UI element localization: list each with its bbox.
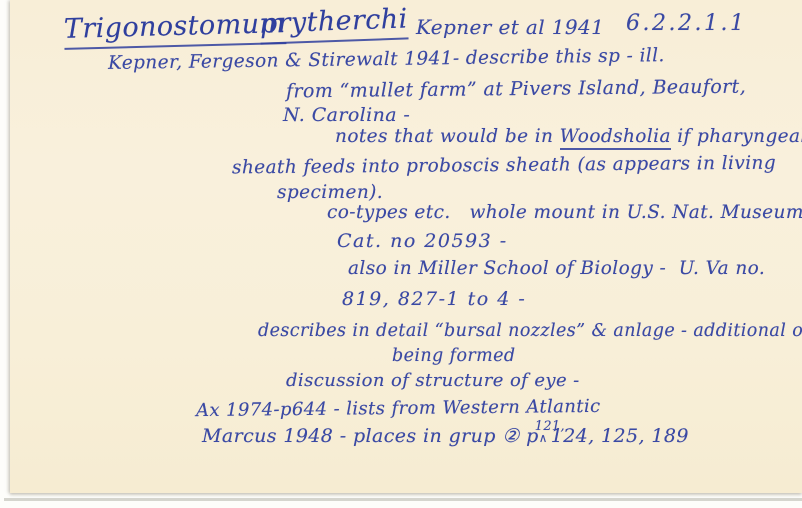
- citation-line: Kepner, Fergeson & Stirewalt 1941- descr…: [108, 46, 665, 74]
- index-card: Trigonostomum prytherchi Kepner et al 19…: [10, 0, 802, 493]
- author-citation: Kepner et al 1941: [416, 16, 604, 38]
- catalog-number-line: Cat. no 20593 -: [337, 231, 508, 252]
- specimen-numbers-line: 819, 827-1 to 4 -: [342, 289, 526, 310]
- inserted-text: 121,∧: [539, 426, 551, 447]
- locality-line: from “mullet farm” at Pivers Island, Bea…: [286, 77, 746, 103]
- being-formed-line: being formed: [392, 347, 516, 366]
- eye-structure-line: discussion of structure of eye -: [286, 371, 580, 391]
- marcus-1948-line: Marcus 1948 - places in grup ② p121,∧124…: [202, 426, 689, 447]
- sheath-note-line-2: specimen).: [277, 183, 383, 203]
- inserted-page-number: 121,: [535, 420, 565, 434]
- sheath-note-line: sheath feeds into proboscis sheath (as a…: [232, 154, 776, 179]
- locality-line-2: N. Carolina -: [283, 105, 410, 126]
- taxon-species: prytherchi: [259, 4, 408, 44]
- bursal-nozzles-line: describes in detail “bursal nozzles” & a…: [258, 322, 802, 341]
- genus-reference: Woodsholia: [560, 126, 671, 150]
- marcus-pre: Marcus 1948 - places in grup ② p: [202, 425, 539, 447]
- ax-1974-line: Ax 1974-p644 - lists from Western Atlant…: [196, 397, 601, 421]
- note-pre: notes that would be in: [335, 126, 560, 147]
- scanned-index-card: Trigonostomum prytherchi Kepner et al 19…: [0, 0, 802, 508]
- taxon-genus: Trigonostomum: [64, 9, 286, 49]
- card-number: 6.2.2.1.1: [626, 12, 746, 36]
- genus-note-line: notes that would be in Woodsholia if pha…: [335, 127, 802, 147]
- cotypes-line: co-types etc. whole mount in U.S. Nat. M…: [327, 203, 802, 223]
- note-post: if pharyngeal: [671, 126, 802, 147]
- scan-edge-shadow: [4, 498, 802, 501]
- marcus-post: 124, 125, 189: [551, 425, 689, 447]
- miller-school-line: also in Miller School of Biology - U. Va…: [348, 259, 765, 279]
